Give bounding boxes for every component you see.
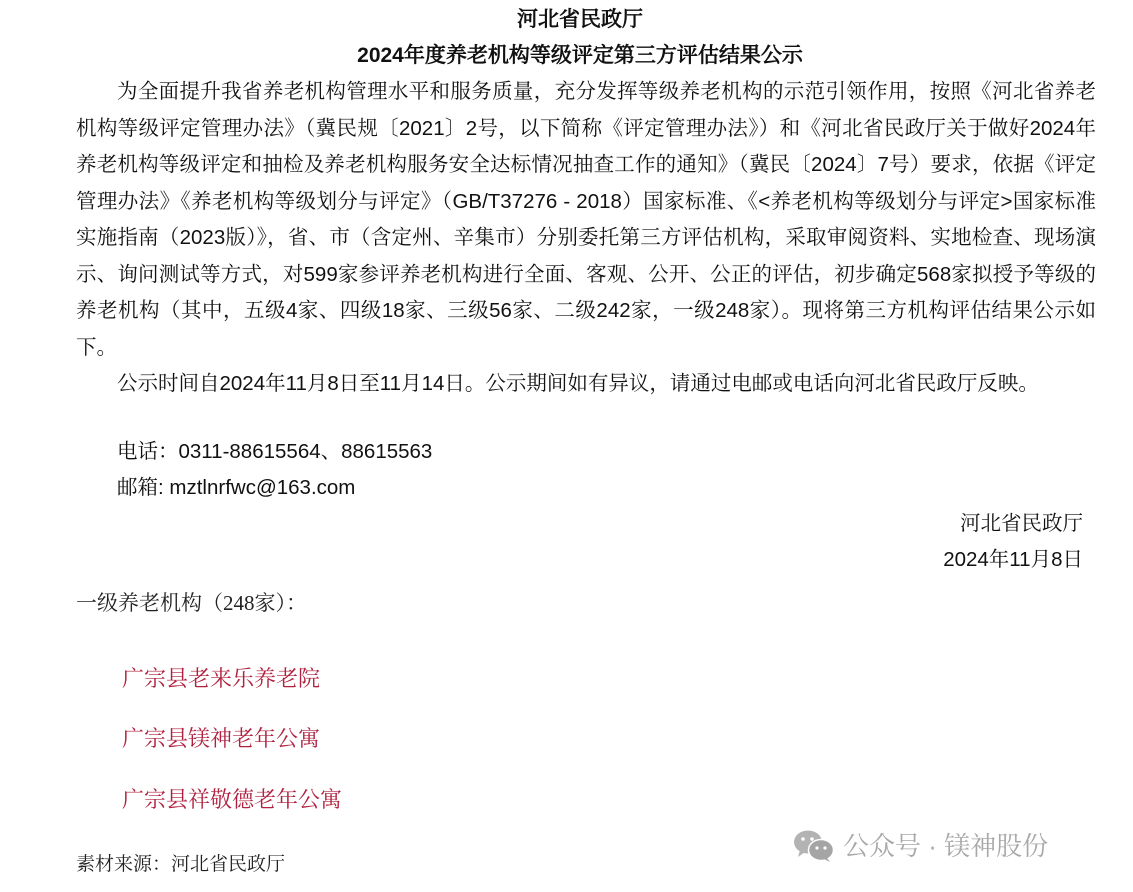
institution-item: 广宗县镁神老年公寓 [122, 723, 320, 755]
body-paragraph-2: 公示时间自2024年11月8日至11月14日。公示期间如有异议，请通过电邮或电话… [76, 366, 1096, 403]
contact-email: 邮箱: mztlnrfwc@163.com [117, 470, 355, 506]
contact-phone: 电话：0311-88615564、88615563 [117, 434, 432, 470]
watermark: 公众号 · 镁神股份 [793, 826, 1048, 866]
level-heading: 一级养老机构（248家）： [76, 585, 307, 621]
signature-org: 河北省民政厅 [960, 506, 1083, 542]
institution-item: 广宗县祥敬德老年公寓 [122, 784, 342, 816]
header-org: 河北省民政厅 [0, 4, 1133, 36]
signature-date: 2024年11月8日 [943, 542, 1083, 578]
institution-item: 广宗县老来乐养老院 [122, 663, 320, 695]
source-note: 素材来源：河北省民政厅 [76, 850, 285, 880]
watermark-text: 公众号 · 镁神股份 [843, 826, 1048, 866]
wechat-icon [793, 829, 835, 863]
body-paragraph-1: 为全面提升我省养老机构管理水平和服务质量，充分发挥等级养老机构的示范引领作用，按… [76, 74, 1096, 366]
page-title: 2024年度养老机构等级评定第三方评估结果公示 [0, 40, 1133, 72]
